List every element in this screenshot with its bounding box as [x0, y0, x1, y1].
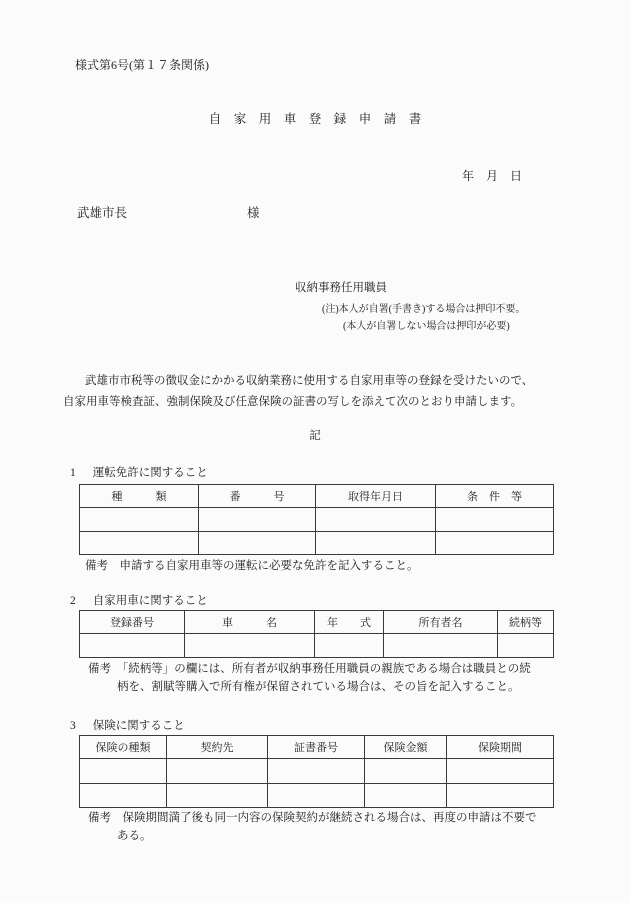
- section3-remark-line-2: ある。: [117, 829, 152, 843]
- section3-title: 保険に関すること: [93, 720, 185, 732]
- insurance-cell: [447, 759, 554, 784]
- vehicle-cell: [384, 634, 498, 658]
- honorific: 様: [247, 206, 260, 220]
- insurance-table-row: [80, 784, 554, 808]
- license-cell: [436, 532, 554, 555]
- license-table-header-row: 種 類 番 号 取得年月日 条 件 等: [80, 485, 554, 508]
- date-line: 年 月 日: [462, 169, 522, 183]
- section3-heading: 3保険に関すること: [70, 719, 185, 733]
- section2-remark-line-2: 柄を、割賦等購入で所有権が保留されている場合は、その旨を記入すること。: [117, 680, 520, 694]
- vehicle-table: 登録番号 車 名 年 式 所有者名 続柄等: [79, 610, 554, 658]
- vehicle-cell: [315, 634, 384, 658]
- vehicle-cell: [80, 634, 185, 658]
- document-page: 様式第6号(第１７条関係) 自 家 用 車 登 録 申 請 書 年 月 日 武雄…: [0, 0, 630, 903]
- record-marker: 記: [0, 429, 630, 443]
- insurance-table-row: [80, 759, 554, 784]
- section3-number: 3: [70, 719, 76, 733]
- vehicle-col-owner: 所有者名: [384, 611, 498, 634]
- section1-title: 運転免許に関すること: [93, 467, 208, 479]
- section2-remark-line-1: 備考 「続柄等」の欄には、所有者が収納事務任用職員の親族である場合は職員との続: [88, 662, 531, 676]
- section3-remark-line-1: 備考 保険期間満了後も同一内容の保険契約が継続される場合は、再度の申請は不要で: [88, 811, 537, 825]
- vehicle-col-name: 車 名: [185, 611, 315, 634]
- insurance-cell: [80, 784, 167, 808]
- insurance-cell: [365, 759, 447, 784]
- insurance-cell: [268, 759, 365, 784]
- insurance-cell: [167, 759, 268, 784]
- section1-remark: 備考 申請する自家用車等の運転に必要な免許を記入すること。: [85, 559, 419, 573]
- insurance-col-period: 保険期間: [447, 736, 554, 759]
- body-paragraph-line-1: 武雄市市税等の徴収金にかかる収納業務に使用する自家用車等の登録を受けたいので、: [85, 374, 533, 388]
- insurance-col-amount: 保険金額: [365, 736, 447, 759]
- insurance-table: 保険の種類 契約先 証書番号 保険金額 保険期間: [79, 735, 554, 808]
- license-cell: [316, 532, 436, 555]
- addressee-line: 武雄市長様: [77, 206, 260, 221]
- license-cell: [80, 532, 199, 555]
- vehicle-table-header-row: 登録番号 車 名 年 式 所有者名 続柄等: [80, 611, 554, 634]
- addressee: 武雄市長: [77, 206, 127, 220]
- section2-number: 2: [70, 594, 76, 608]
- signature-note-1: (注)本人が自署(手書き)する場合は押印不要。: [322, 304, 525, 316]
- vehicle-col-relation: 続柄等: [498, 611, 554, 634]
- vehicle-col-registration: 登録番号: [80, 611, 185, 634]
- insurance-cell: [167, 784, 268, 808]
- license-col-conditions: 条 件 等: [436, 485, 554, 508]
- applicant-title: 収納事務任用職員: [295, 281, 387, 295]
- insurance-cell: [268, 784, 365, 808]
- section1-number: 1: [70, 466, 76, 480]
- vehicle-table-row: [80, 634, 554, 658]
- vehicle-cell: [498, 634, 554, 658]
- insurance-col-kind: 保険の種類: [80, 736, 167, 759]
- insurance-cell: [80, 759, 167, 784]
- insurance-cell: [365, 784, 447, 808]
- section1-heading: 1運転免許に関すること: [70, 466, 208, 480]
- license-col-number: 番 号: [199, 485, 316, 508]
- vehicle-col-year: 年 式: [315, 611, 384, 634]
- license-table-row: [80, 508, 554, 532]
- body-paragraph-line-2: 自家用車等検査証、強制保険及び任意保険の証書の写しを添えて次のとおり申請します。: [63, 395, 522, 409]
- license-cell: [316, 508, 436, 532]
- license-cell: [199, 532, 316, 555]
- license-table-row: [80, 532, 554, 555]
- license-table: 種 類 番 号 取得年月日 条 件 等: [79, 484, 554, 555]
- section2-title: 自家用車に関すること: [93, 595, 208, 607]
- form-number: 様式第6号(第１７条関係): [75, 58, 209, 72]
- license-col-date: 取得年月日: [316, 485, 436, 508]
- license-cell: [436, 508, 554, 532]
- signature-note-2: (本人が自署しない場合は押印が必要): [343, 321, 510, 333]
- license-cell: [199, 508, 316, 532]
- insurance-col-policy: 証書番号: [268, 736, 365, 759]
- insurance-cell: [447, 784, 554, 808]
- section2-heading: 2自家用車に関すること: [70, 594, 208, 608]
- insurance-table-header-row: 保険の種類 契約先 証書番号 保険金額 保険期間: [80, 736, 554, 759]
- license-col-type: 種 類: [80, 485, 199, 508]
- license-cell: [80, 508, 199, 532]
- insurance-col-company: 契約先: [167, 736, 268, 759]
- page-title: 自 家 用 車 登 録 申 請 書: [0, 112, 630, 127]
- vehicle-cell: [185, 634, 315, 658]
